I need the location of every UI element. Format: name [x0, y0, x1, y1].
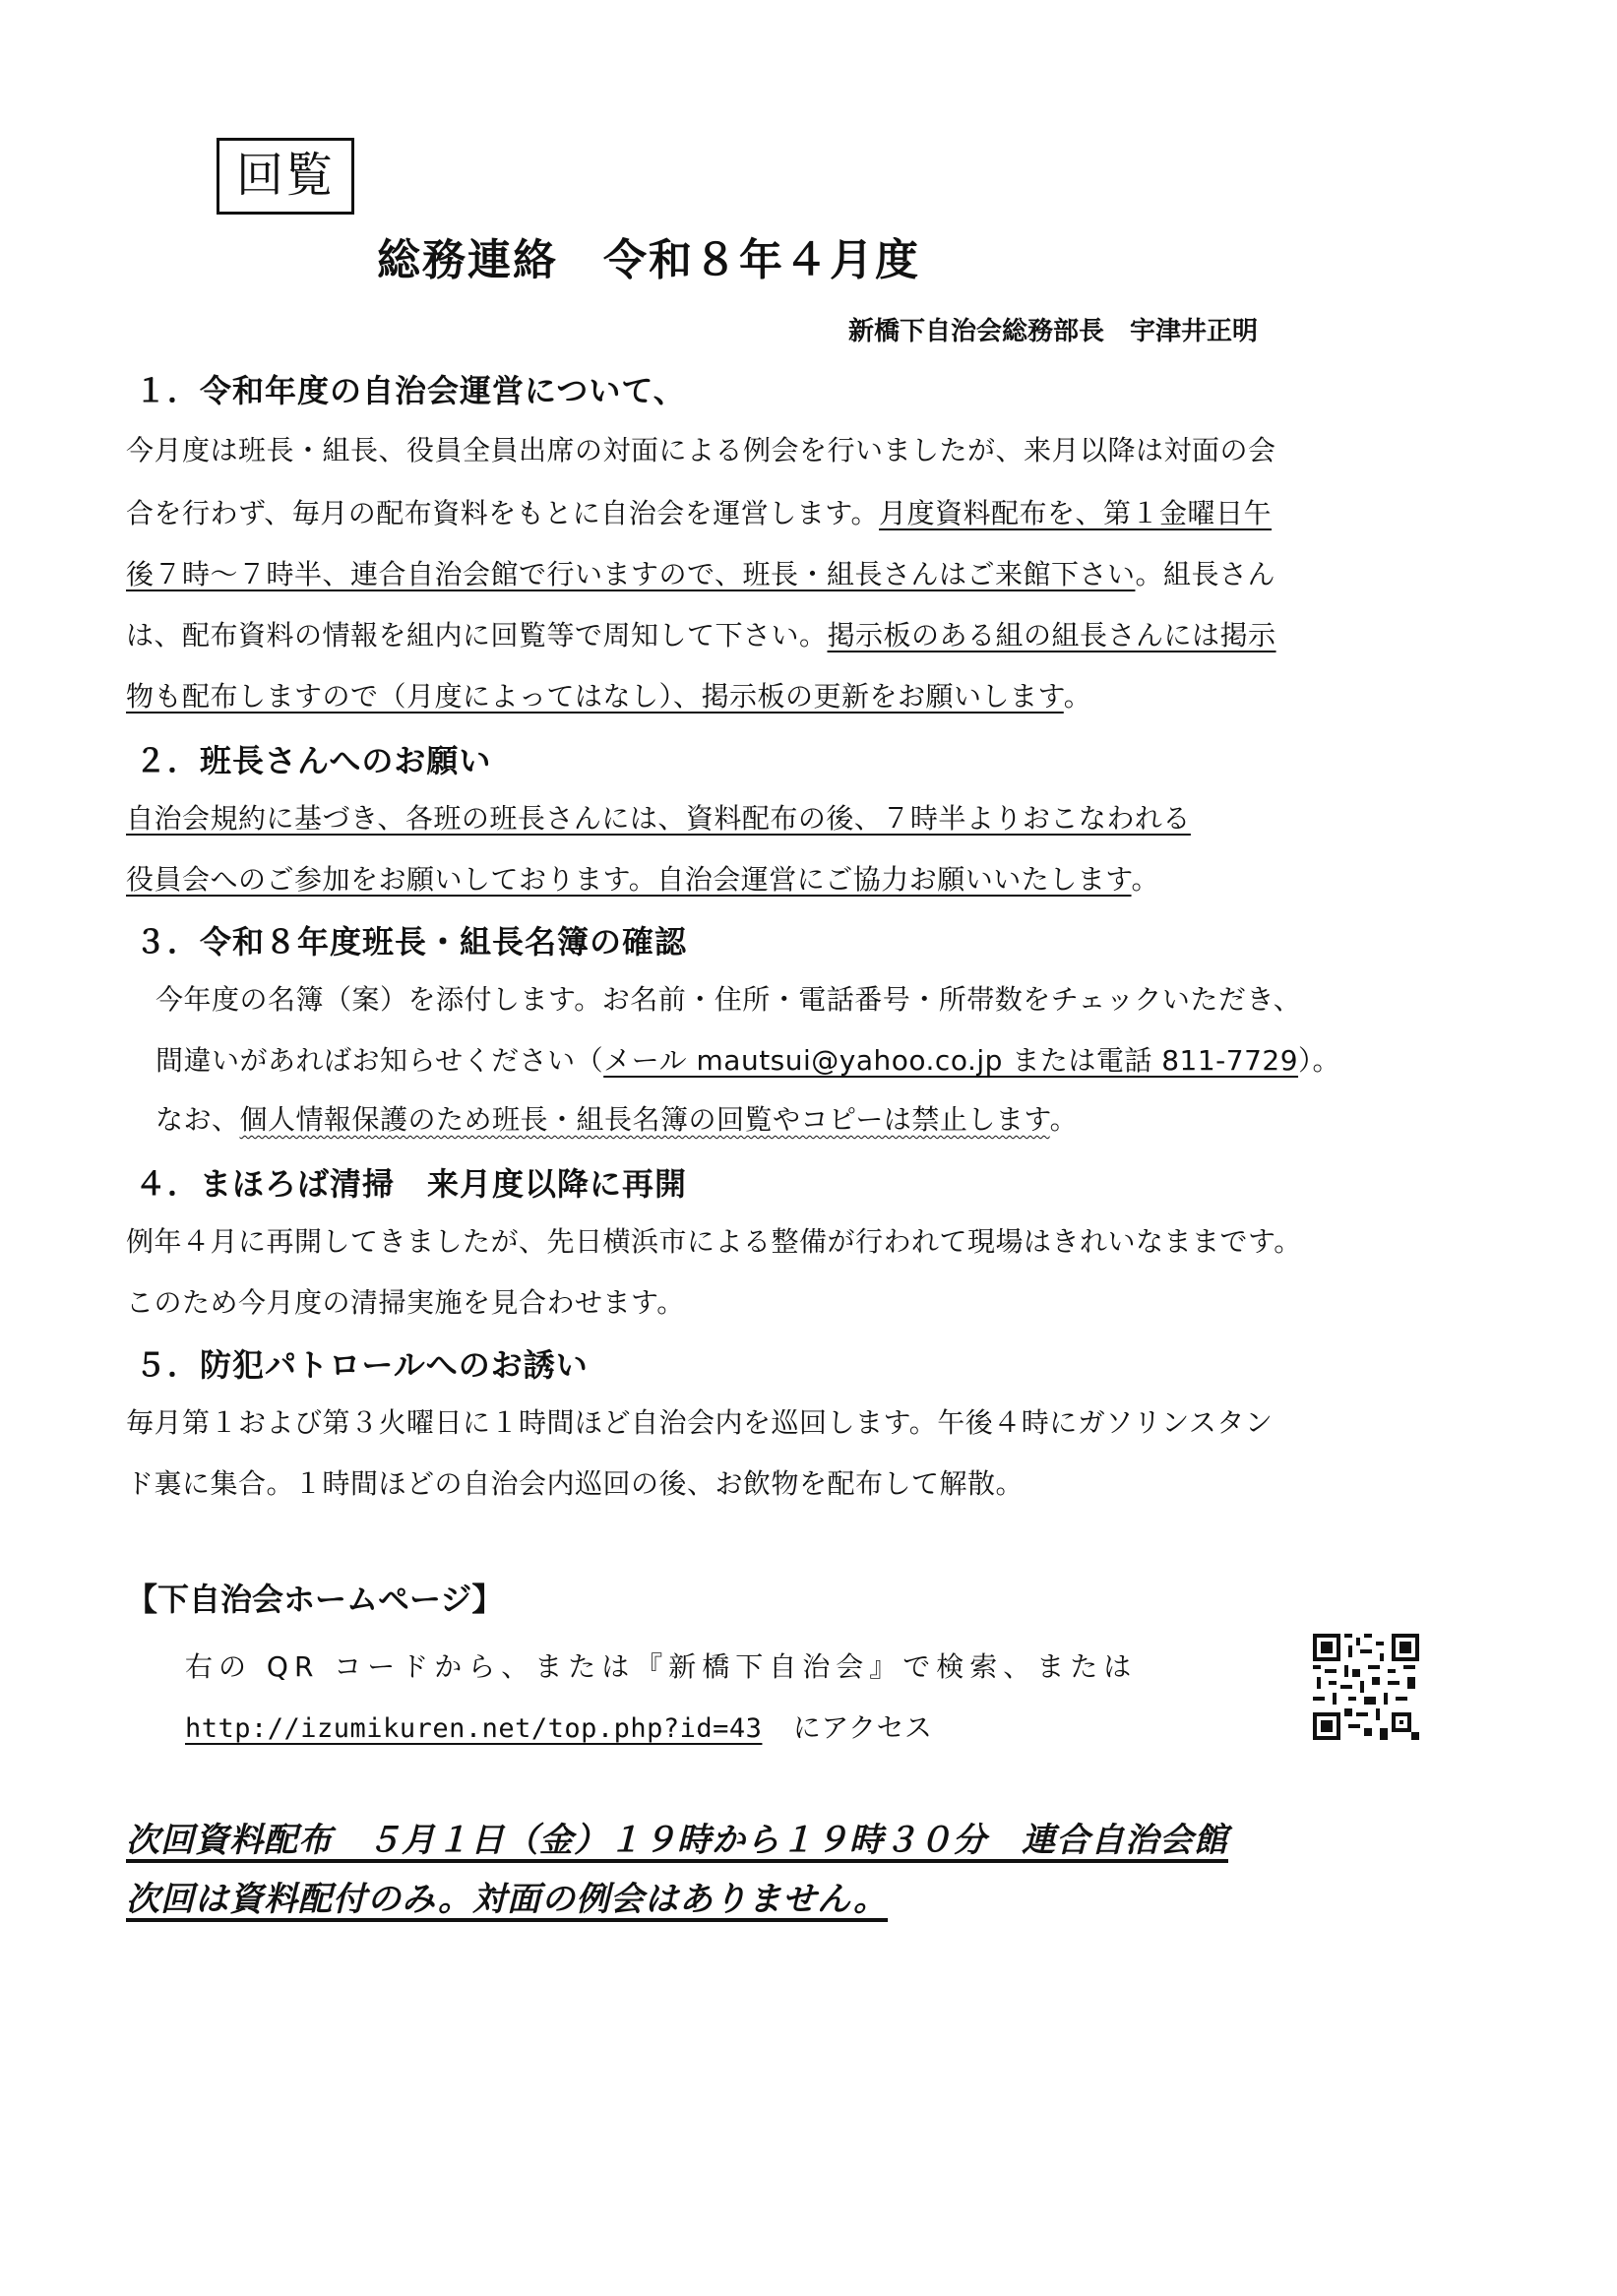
underlined-text: 役員会へのご参加をお願いしております。自治会運営にご協力お願いいたします: [126, 863, 1132, 896]
section-5-line-2: ド裏に集合。１時間ほどの自治会内巡回の後、お飲物を配布して解散。: [126, 1462, 1024, 1502]
section-1-heading: １．令和年度の自治会運営について、: [135, 366, 686, 411]
text: 。: [1132, 863, 1160, 896]
section-3-line-2: 間違いがあればお知らせください（メール mautsui@yahoo.co.jp …: [155, 1039, 1340, 1079]
homepage-url-link[interactable]: http://izumikuren.net/top.php?id=43: [185, 1713, 762, 1744]
text: 合を行わず、毎月の配布資料をもとに自治会を運営します。: [126, 497, 879, 529]
section-3-line-1: 今年度の名簿（案）を添付します。お名前・住所・電話番号・所帯数をチェックいただき…: [155, 978, 1301, 1018]
text: ド裏に集合。１時間ほどの自治会内巡回の後、お飲物を配布して解散。: [126, 1467, 1024, 1500]
text: 。: [1064, 680, 1092, 713]
underlined-text: 後７時～７時半、連合自治会館で行いますので、班長・組長さんはご来館下さい: [126, 558, 1135, 590]
section-1-line-3: 後７時～７時半、連合自治会館で行いますので、班長・組長さんはご来館下さい。組長さ…: [126, 553, 1275, 592]
text: 今月度は班長・組長、役員全員出席の対面による例会を行いましたが、来月以降は対面の…: [126, 434, 1276, 466]
document-author: 新橋下自治会総務部長 宇津井正明: [848, 311, 1258, 347]
text: なお、: [155, 1103, 240, 1136]
qr-code-icon: [1313, 1634, 1419, 1740]
section-3-line-3: なお、個人情報保護のため班長・組長名簿の回覧やコピーは禁止します。: [155, 1098, 1078, 1138]
document-title: 総務連絡 令和８年４月度: [377, 224, 920, 287]
circulation-stamp: 回覧: [217, 138, 354, 215]
text: 例年４月に再開してきましたが、先日横浜市による整備が行われて現場はきれいなままで…: [126, 1225, 1302, 1258]
text: 今年度の名簿（案）を添付します。お名前・住所・電話番号・所帯数をチェックいただき…: [155, 983, 1301, 1016]
section-5-line-1: 毎月第１および第３火曜日に１時間ほど自治会内を巡回します。午後４時にガソリンスタ…: [126, 1401, 1273, 1441]
underlined-text: 月度資料配布を、第１金曜日午: [879, 497, 1272, 529]
section-2-heading: ２．班長さんへのお願い: [135, 736, 491, 781]
underlined-text: 掲示板のある組の組長さんには掲示: [828, 619, 1276, 652]
section-1-line-4: は、配布資料の情報を組内に回覧等で周知して下さい。掲示板のある組の組長さんには掲…: [126, 614, 1276, 653]
contact-info: メール mautsui@yahoo.co.jp または電話 811-7729: [603, 1044, 1298, 1077]
text: このため今月度の清掃実施を見合わせます。: [126, 1286, 685, 1319]
section-2-line-1: 自治会規約に基づき、各班の班長さんには、資料配布の後、７時半よりおこなわれる: [126, 797, 1191, 837]
text: 。: [1050, 1103, 1079, 1136]
section-3-heading: ３．令和８年度班長・組長名簿の確認: [135, 917, 687, 962]
next-meeting-note: 次回は資料配付のみ。対面の例会はありません。: [126, 1872, 888, 1920]
homepage-heading: 【下自治会ホームページ】: [126, 1575, 503, 1620]
text: 毎月第１および第３火曜日に１時間ほど自治会内を巡回します。午後４時にガソリンスタ…: [126, 1406, 1273, 1439]
text: は、配布資料の情報を組内に回覧等で周知して下さい。: [126, 619, 828, 652]
text: ）。: [1298, 1044, 1340, 1077]
section-2-line-2: 役員会へのご参加をお願いしております。自治会運営にご協力お願いいたします。: [126, 858, 1159, 898]
homepage-instructions: 右の QR コードから、または『新橋下自治会』で検索、または: [185, 1645, 1137, 1685]
section-1-line-5: 物も配布しますので（月度によってはなし）、掲示板の更新をお願いします。: [126, 675, 1091, 714]
next-distribution-notice: 次回資料配布 ５月１日（金）１９時から１９時３０分 連合自治会館: [126, 1813, 1228, 1861]
text: 。組長さん: [1135, 558, 1275, 590]
underlined-text: 自治会規約に基づき、各班の班長さんには、資料配布の後、７時半よりおこなわれる: [126, 802, 1191, 835]
homepage-url-line: http://izumikuren.net/top.php?id=43 にアクセ…: [185, 1706, 933, 1746]
section-5-heading: ５．防犯パトロールへのお誘い: [135, 1340, 589, 1386]
section-4-heading: ４．まほろば清掃 来月度以降に再開: [135, 1159, 687, 1205]
underlined-text: 物も配布しますので（月度によってはなし）、掲示板の更新をお願いします: [126, 680, 1064, 713]
wavy-underlined-text: 個人情報保護のため班長・組長名簿の回覧やコピーは禁止します: [240, 1103, 1050, 1136]
section-1-line-2: 合を行わず、毎月の配布資料をもとに自治会を運営します。月度資料配布を、第１金曜日…: [126, 492, 1272, 531]
text: にアクセス: [793, 1711, 933, 1744]
section-1-line-1: 今月度は班長・組長、役員全員出席の対面による例会を行いましたが、来月以降は対面の…: [126, 429, 1276, 468]
section-4-line-2: このため今月度の清掃実施を見合わせます。: [126, 1281, 685, 1321]
text: 間違いがあればお知らせください（: [155, 1044, 603, 1077]
section-4-line-1: 例年４月に再開してきましたが、先日横浜市による整備が行われて現場はきれいなままで…: [126, 1220, 1302, 1260]
